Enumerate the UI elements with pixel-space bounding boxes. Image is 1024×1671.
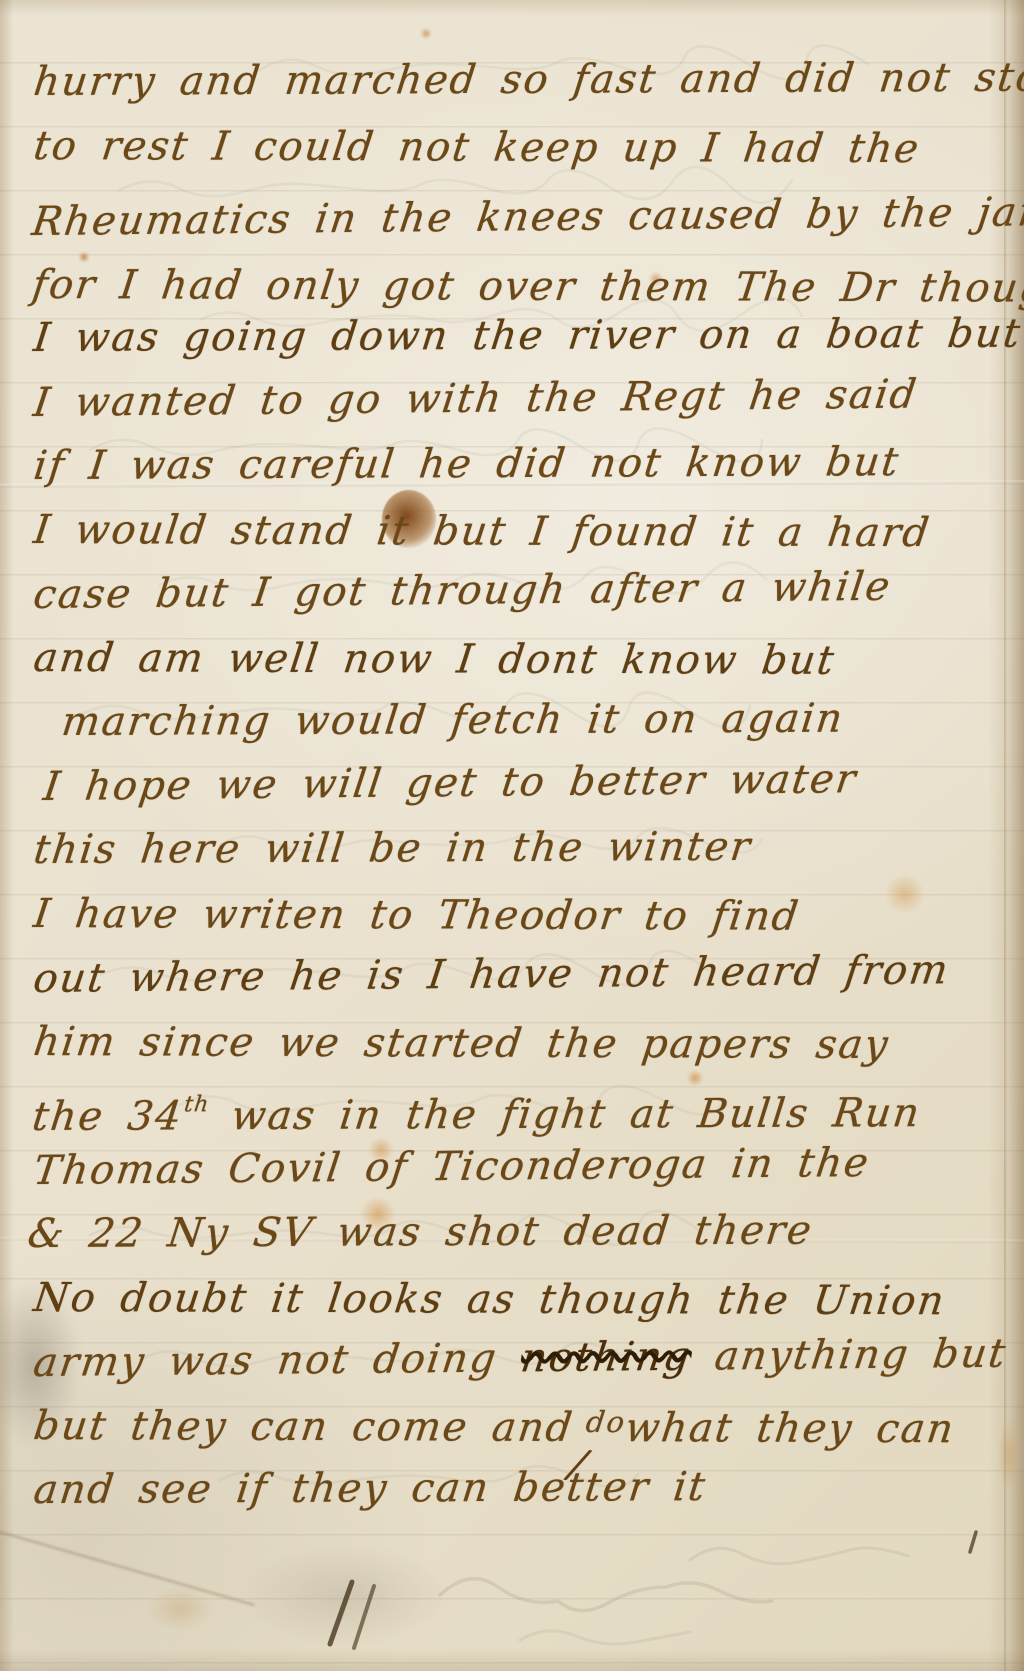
line-text: Rheumatics in the knees caused by the ja… <box>29 189 1024 245</box>
ink-stain <box>420 28 432 39</box>
struck-out-word: nothing <box>518 1334 694 1382</box>
line-text: case but I got through after a while <box>31 564 894 618</box>
letter-line: hurry and marched so fast and did not st… <box>30 46 1018 114</box>
letter-line: but they can come anddo/what they can <box>30 1394 1018 1461</box>
line-text: the 34 <box>30 1093 186 1140</box>
line-text: hurry and marched so fast and did not st… <box>31 54 1024 105</box>
letter-line: Thomas Covil of Ticonderoga in the <box>30 1130 1020 1203</box>
letter-line: I wanted to go with the Regt he said <box>30 362 1020 435</box>
letter-line: out where he is I have not heard from <box>30 938 1020 1011</box>
line-text: if I was careful he did not know but <box>31 439 902 489</box>
letter-line: for I had only got over them The Dr thou… <box>30 242 1018 309</box>
superscript-text: th <box>183 1092 211 1117</box>
paper-crease <box>0 1526 255 1606</box>
line-text: I was going down the river on a boat but <box>31 311 1024 361</box>
letter-line: case but I got through after a while <box>30 554 1020 627</box>
line-text: but they can come and <box>31 1403 576 1451</box>
line-text: to rest I could not keep up I had the <box>31 123 923 172</box>
line-text: I wanted to go with the Regt he said <box>31 372 921 426</box>
line-text: army was not doing <box>31 1335 524 1386</box>
smudge-mark <box>240 1545 450 1645</box>
letter-line: and see if they can better it <box>30 1454 1018 1522</box>
line-text: Thomas Covil of Ticonderoga in the <box>31 1140 873 1194</box>
line-text: anything but <box>688 1331 1010 1380</box>
line-text: him since we started the papers say <box>31 1019 892 1068</box>
line-text: I have writen to Theodor to find <box>31 891 802 940</box>
letter-line: this here will be in the winter <box>30 814 1018 882</box>
letter-text: hurry and marched so fast and did not st… <box>34 50 1014 1522</box>
inserted-word: do <box>584 1407 628 1437</box>
letter-line: him since we started the papers say <box>30 1010 1018 1077</box>
ink-stain <box>148 1588 212 1630</box>
line-text: & 22 Ny SV was shot dead there <box>25 1208 815 1257</box>
letter-line: & 22 Ny SV was shot dead there <box>24 1198 1018 1266</box>
letter-page: hurry and marched so fast and did not st… <box>0 0 1024 1671</box>
letter-line: I was going down the river on a boat but <box>30 302 1018 370</box>
line-text: out where he is I have not heard from <box>31 947 953 1002</box>
line-text: marching would fetch it on again <box>59 696 846 745</box>
letter-line: Rheumatics in the knees caused by the ja… <box>30 170 1020 243</box>
letter-line: marching would fetch it on again <box>58 686 1018 754</box>
line-text: and see if they can better it <box>31 1464 709 1513</box>
letter-line: and am well now I dont know but <box>30 626 1018 693</box>
line-text: what they can <box>623 1405 958 1452</box>
line-text: I would stand it but I found it a hard <box>31 507 933 556</box>
line-text: I hope we will get to better water <box>41 756 860 810</box>
letter-line: army was not doing nothing anything but <box>30 1322 1020 1395</box>
letter-line: I hope we will get to better water <box>40 746 1020 819</box>
line-text: No doubt it looks as though the Union <box>31 1275 948 1324</box>
letter-line: the 34th was in the fight at Bulls Run <box>30 1070 1018 1138</box>
letter-line: if I was careful he did not know but <box>30 430 1018 498</box>
line-text: and am well now I dont know but <box>31 635 838 684</box>
line-text: this here will be in the winter <box>31 824 754 873</box>
